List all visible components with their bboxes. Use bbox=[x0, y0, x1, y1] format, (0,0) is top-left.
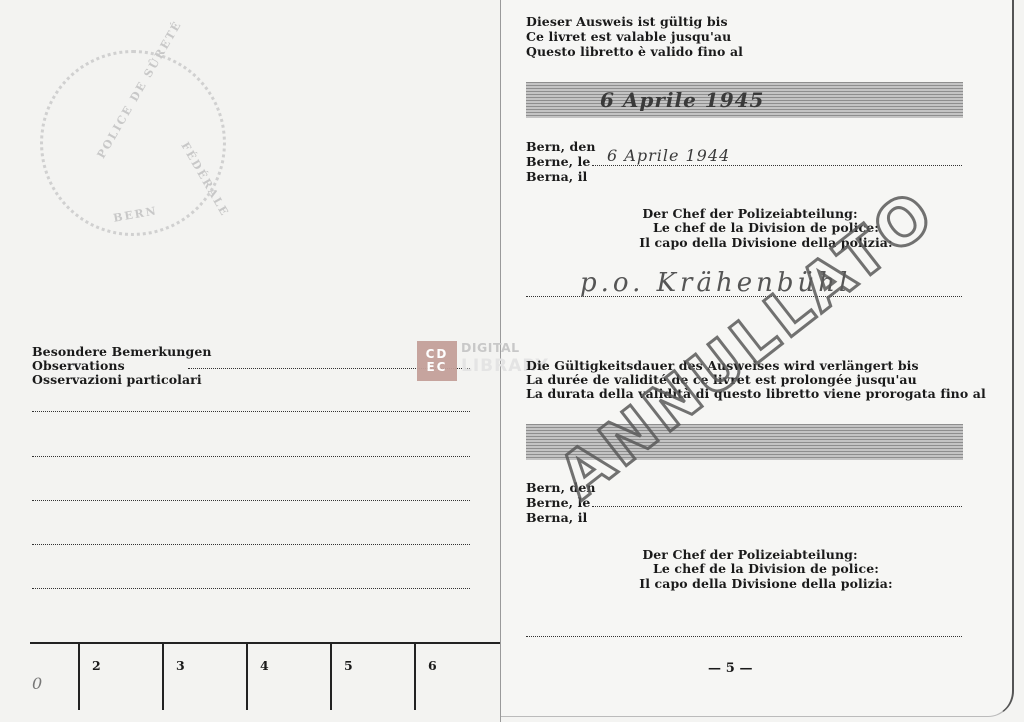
signature-2-line[interactable] bbox=[526, 636, 962, 637]
issue-date-value: 6 Aprile 1944 bbox=[607, 146, 730, 165]
chief-2-label-fr: Le chef de la Division de police: bbox=[616, 561, 916, 576]
stamp-fragment: BERN bbox=[112, 204, 158, 225]
validity-date-value: 6 Aprile 1945 bbox=[600, 88, 764, 112]
footer-grid-divider bbox=[414, 642, 416, 710]
validity-label-it: Questo libretto è valido fino al bbox=[526, 44, 743, 59]
observations-label-it: Osservazioni particolari bbox=[32, 372, 202, 387]
footer-grid-divider bbox=[162, 642, 164, 710]
issue-label-de: Bern, den bbox=[526, 139, 596, 154]
validity-label-de: Dieser Ausweis ist gültig bis bbox=[526, 14, 728, 29]
observations-label-de: Besondere Bemerkungen bbox=[32, 344, 212, 359]
observations-label-fr: Observations bbox=[32, 358, 125, 373]
footer-grid-cell-5: 5 bbox=[344, 658, 353, 673]
round-stamp-icon: POLICE DE SÛRETÉ FÉDÉRALE BERN bbox=[40, 50, 226, 236]
validity-label-fr: Ce livret est valable jusqu'au bbox=[526, 29, 731, 44]
footer-grid-cell-3: 3 bbox=[176, 658, 185, 673]
issue-label-fr: Berne, le bbox=[526, 154, 590, 169]
footer-grid-divider bbox=[78, 642, 80, 710]
page-number: — 5 — bbox=[708, 661, 753, 676]
footer-grid-cell-4: 4 bbox=[260, 658, 269, 673]
observations-line[interactable] bbox=[32, 588, 470, 589]
extension-issue-date-field[interactable] bbox=[592, 506, 962, 507]
footer-grid-divider bbox=[330, 642, 332, 710]
extension-label-it: La durata della validità di questo libre… bbox=[526, 386, 986, 401]
footer-grid-cell-6: 6 bbox=[428, 658, 437, 673]
issue-label-it: Berna, il bbox=[526, 169, 587, 184]
issue-date-field[interactable] bbox=[592, 165, 962, 166]
watermark-digital: DIGITAL bbox=[461, 340, 520, 355]
footer-grid-divider bbox=[246, 642, 248, 710]
footer-grid-marker: 0 bbox=[32, 674, 43, 693]
footer-grid-top-rule bbox=[30, 642, 500, 644]
chief-2-label-it: Il capo della Divisione della polizia: bbox=[616, 576, 916, 591]
cdec-logo-icon: CD EC bbox=[417, 341, 457, 381]
observations-line[interactable] bbox=[32, 411, 470, 412]
observations-line[interactable] bbox=[32, 456, 470, 457]
footer-grid-cell-2: 2 bbox=[92, 658, 101, 673]
chief-2-label-de: Der Chef der Polizeiabteilung: bbox=[600, 547, 900, 562]
observations-line[interactable] bbox=[32, 544, 470, 545]
logo-line-2: EC bbox=[417, 361, 457, 374]
extension-issue-label-it: Berna, il bbox=[526, 510, 587, 525]
observations-line[interactable] bbox=[32, 500, 470, 501]
